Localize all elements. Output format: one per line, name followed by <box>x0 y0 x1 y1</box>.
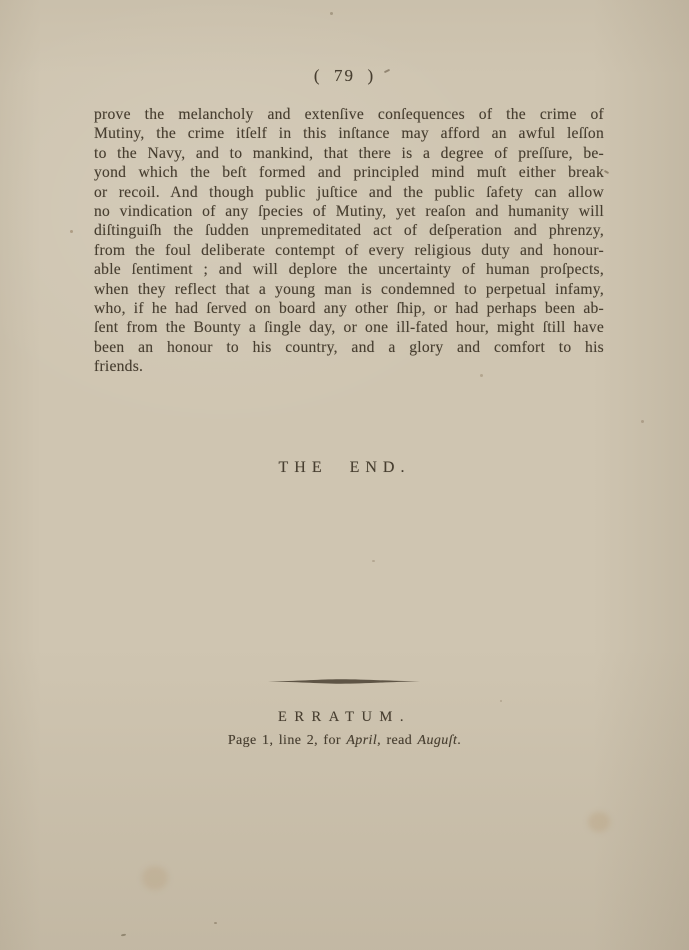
body-line: no vindication of any ſpecies of Mutiny,… <box>94 202 604 221</box>
foxing-spot <box>500 700 502 702</box>
book-page-scan: ( 79 ) prove the melancholy and extenſiv… <box>0 0 689 950</box>
foxing-stain <box>142 866 168 890</box>
the-end-heading: THE END. <box>0 459 689 477</box>
erratum-note-middle: , read <box>377 733 417 748</box>
body-line: who, if he had ſerved on board any other… <box>94 299 604 318</box>
body-line: when they reflect that a young man is co… <box>94 280 604 299</box>
body-line: friends. <box>94 357 604 376</box>
erratum-note: Page 1, line 2, for April, read Auguſt. <box>0 733 689 749</box>
erratum-italic-august: Auguſt <box>418 733 458 748</box>
body-line: or recoil. And though public juſtice and… <box>94 183 604 202</box>
erratum-note-prefix: Page 1, line 2, for <box>228 733 347 748</box>
body-line: yond which the beſt formed and principle… <box>94 163 604 182</box>
foxing-spot <box>214 922 217 924</box>
foxing-stain <box>588 812 610 832</box>
erratum-italic-april: April <box>346 733 377 748</box>
erratum-heading: ERRATUM. <box>0 709 689 726</box>
body-paragraph: prove the melancholy and extenſive conſe… <box>94 105 604 376</box>
body-line: Mutiny, the crime itſelf in this inſtanc… <box>94 124 604 143</box>
body-line: from the foul deliberate contempt of eve… <box>94 241 604 260</box>
body-line: able ſentiment ; and will deplore the un… <box>94 260 604 279</box>
the-end-label: THE END. <box>279 459 411 476</box>
foxing-spot <box>641 420 644 423</box>
body-line: ſent from the Bounty a ſingle day, or on… <box>94 318 604 337</box>
body-line: prove the melancholy and extenſive conſe… <box>94 105 604 124</box>
page-number: ( 79 ) <box>0 66 689 86</box>
body-line: been an honour to his country, and a glo… <box>94 338 604 357</box>
body-line: to the Navy, and to mankind, that there … <box>94 144 604 163</box>
foxing-spot <box>372 560 375 562</box>
swelled-rule-ornament <box>268 678 420 685</box>
body-line: diſtinguiſh the ſudden unpremeditated ac… <box>94 221 604 240</box>
foxing-spot <box>70 230 73 233</box>
foxing-spot <box>330 12 333 15</box>
foxing-spot <box>121 934 126 937</box>
erratum-note-suffix: . <box>457 733 461 748</box>
ink-mark <box>604 170 609 174</box>
